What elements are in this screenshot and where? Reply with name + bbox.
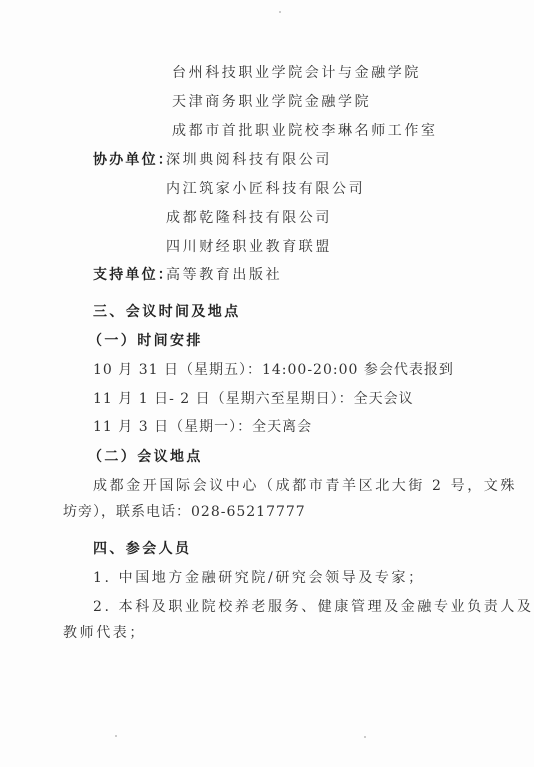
assisting-unit-line: 成都乾隆科技有限公司 [166, 209, 332, 227]
document-page: 台州科技职业学院会计与金融学院 天津商务职业学院金融学院 成都市首批职业院校李琳… [0, 0, 534, 767]
scan-speck [364, 736, 366, 738]
assisting-units-label: 协办单位： [93, 151, 174, 169]
venue-text: 成都金开国际会议中心（成都市青羊区北大街 2 号，文殊 [93, 477, 517, 495]
section-heading: 四、参会人员 [93, 540, 191, 558]
section-heading: 三、会议时间及地点 [93, 303, 241, 321]
schedule-line: 11 月 1 日- 2 日（星期六至星期日）：全天会议 [93, 390, 414, 408]
scan-speck [115, 735, 117, 737]
assisting-unit-line: 深圳典阅科技有限公司 [166, 151, 332, 169]
supporting-unit-label: 支持单位： [93, 266, 174, 284]
assisting-unit-line: 内江筑家小匠科技有限公司 [166, 180, 365, 198]
assisting-unit-line: 四川财经职业教育联盟 [166, 238, 332, 256]
schedule-line: 11 月 3 日（星期一）：全天离会 [93, 418, 312, 436]
attendee-item: 2. 本科及职业院校养老服务、健康管理及金融专业负责人及 [93, 598, 534, 616]
attendee-item: 教师代表； [63, 624, 146, 642]
subsection-heading: （一）时间安排 [88, 332, 203, 350]
supporting-unit: 高等教育出版社 [166, 266, 282, 284]
venue-text: 坊旁），联系电话：028-65217777 [63, 503, 306, 521]
schedule-line: 10 月 31 日（星期五）：14:00-20:00 参会代表报到 [93, 361, 454, 379]
co-organizer-line: 成都市首批职业院校李琳名师工作室 [172, 122, 438, 140]
co-organizer-line: 天津商务职业学院金融学院 [172, 93, 371, 111]
attendee-item: 1. 中国地方金融研究院/研究会领导及专家； [93, 569, 425, 587]
co-organizer-line: 台州科技职业学院会计与金融学院 [172, 64, 421, 82]
subsection-heading: （二）会议地点 [88, 448, 203, 466]
scan-speck [279, 11, 281, 13]
